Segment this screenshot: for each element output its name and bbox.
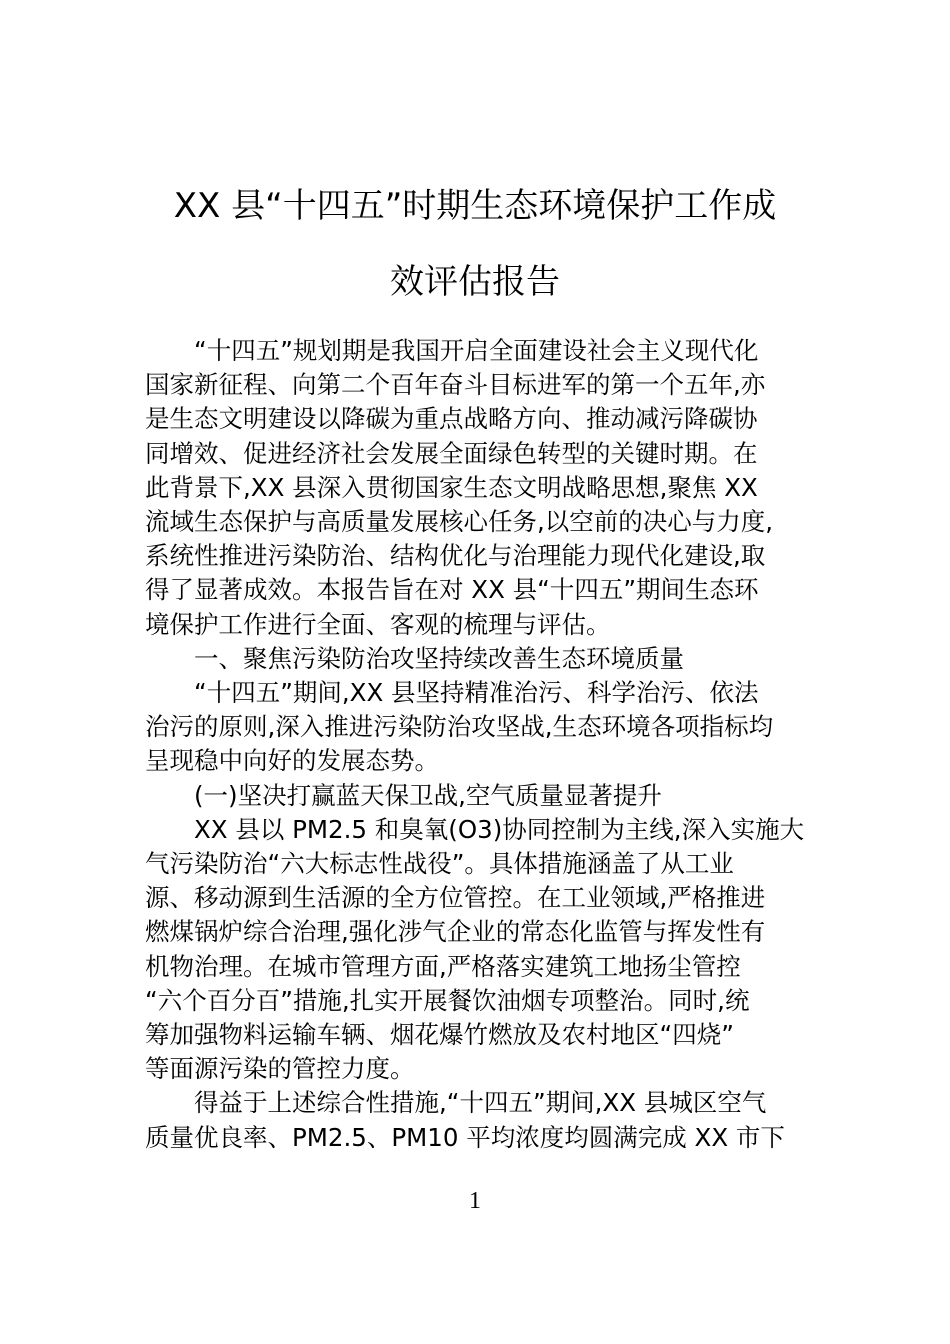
subsection-heading-1: (一)坚决打赢蓝天保卫战,空气质量显著提升 bbox=[145, 779, 809, 813]
document-body: “十四五”规划期是我国开启全面建设社会主义现代化 国家新征程、向第二个百年奋斗目… bbox=[145, 334, 809, 1155]
body-line: 呈现稳中向好的发展态势。 bbox=[145, 744, 809, 778]
page-number: 1 bbox=[0, 1188, 950, 1215]
body-line: “十四五”规划期是我国开启全面建设社会主义现代化 bbox=[145, 334, 809, 368]
body-line: XX 县以 PM2.5 和臭氧(O3)协同控制为主线,深入实施大 bbox=[145, 813, 809, 847]
body-line: “十四五”期间,XX 县坚持精准治污、科学治污、依法 bbox=[145, 676, 809, 710]
title-line-2: 效评估报告 bbox=[140, 244, 810, 320]
document-title: XX 县“十四五”时期生态环境保护工作成 效评估报告 bbox=[140, 168, 810, 320]
body-line: 治污的原则,深入推进污染防治攻坚战,生态环境各项指标均 bbox=[145, 710, 809, 744]
body-line: 得益于上述综合性措施,“十四五”期间,XX 县城区空气 bbox=[145, 1086, 809, 1120]
body-line: 筹加强物料运输车辆、烟花爆竹燃放及农村地区“四烧” bbox=[145, 1018, 809, 1052]
body-line: 燃煤锅炉综合治理,强化涉气企业的常态化监管与挥发性有 bbox=[145, 915, 809, 949]
body-line: 国家新征程、向第二个百年奋斗目标进军的第一个五年,亦 bbox=[145, 368, 809, 402]
section-heading-1: 一、聚焦污染防治攻坚持续改善生态环境质量 bbox=[145, 642, 809, 676]
body-line: 气污染防治“六大标志性战役”。具体措施涵盖了从工业 bbox=[145, 847, 809, 881]
body-line: 系统性推进污染防治、结构优化与治理能力现代化建设,取 bbox=[145, 539, 809, 573]
body-line: 质量优良率、PM2.5、PM10 平均浓度均圆满完成 XX 市下 bbox=[145, 1121, 809, 1155]
document-page: XX 县“十四五”时期生态环境保护工作成 效评估报告 “十四五”规划期是我国开启… bbox=[0, 0, 950, 1344]
body-line: 机物治理。在城市管理方面,严格落实建筑工地扬尘管控 bbox=[145, 950, 809, 984]
title-line-1: XX 县“十四五”时期生态环境保护工作成 bbox=[140, 168, 810, 244]
body-line: 流域生态保护与高质量发展核心任务,以空前的决心与力度, bbox=[145, 505, 809, 539]
body-line: 同增效、促进经济社会发展全面绿色转型的关键时期。在 bbox=[145, 437, 809, 471]
body-line: 等面源污染的管控力度。 bbox=[145, 1052, 809, 1086]
body-line: 此背景下,XX 县深入贯彻国家生态文明战略思想,聚焦 XX bbox=[145, 471, 809, 505]
body-line: “六个百分百”措施,扎实开展餐饮油烟专项整治。同时,统 bbox=[145, 984, 809, 1018]
body-line: 是生态文明建设以降碳为重点战略方向、推动减污降碳协 bbox=[145, 402, 809, 436]
body-line: 境保护工作进行全面、客观的梳理与评估。 bbox=[145, 608, 809, 642]
body-line: 得了显著成效。本报告旨在对 XX 县“十四五”期间生态环 bbox=[145, 573, 809, 607]
body-line: 源、移动源到生活源的全方位管控。在工业领域,严格推进 bbox=[145, 881, 809, 915]
